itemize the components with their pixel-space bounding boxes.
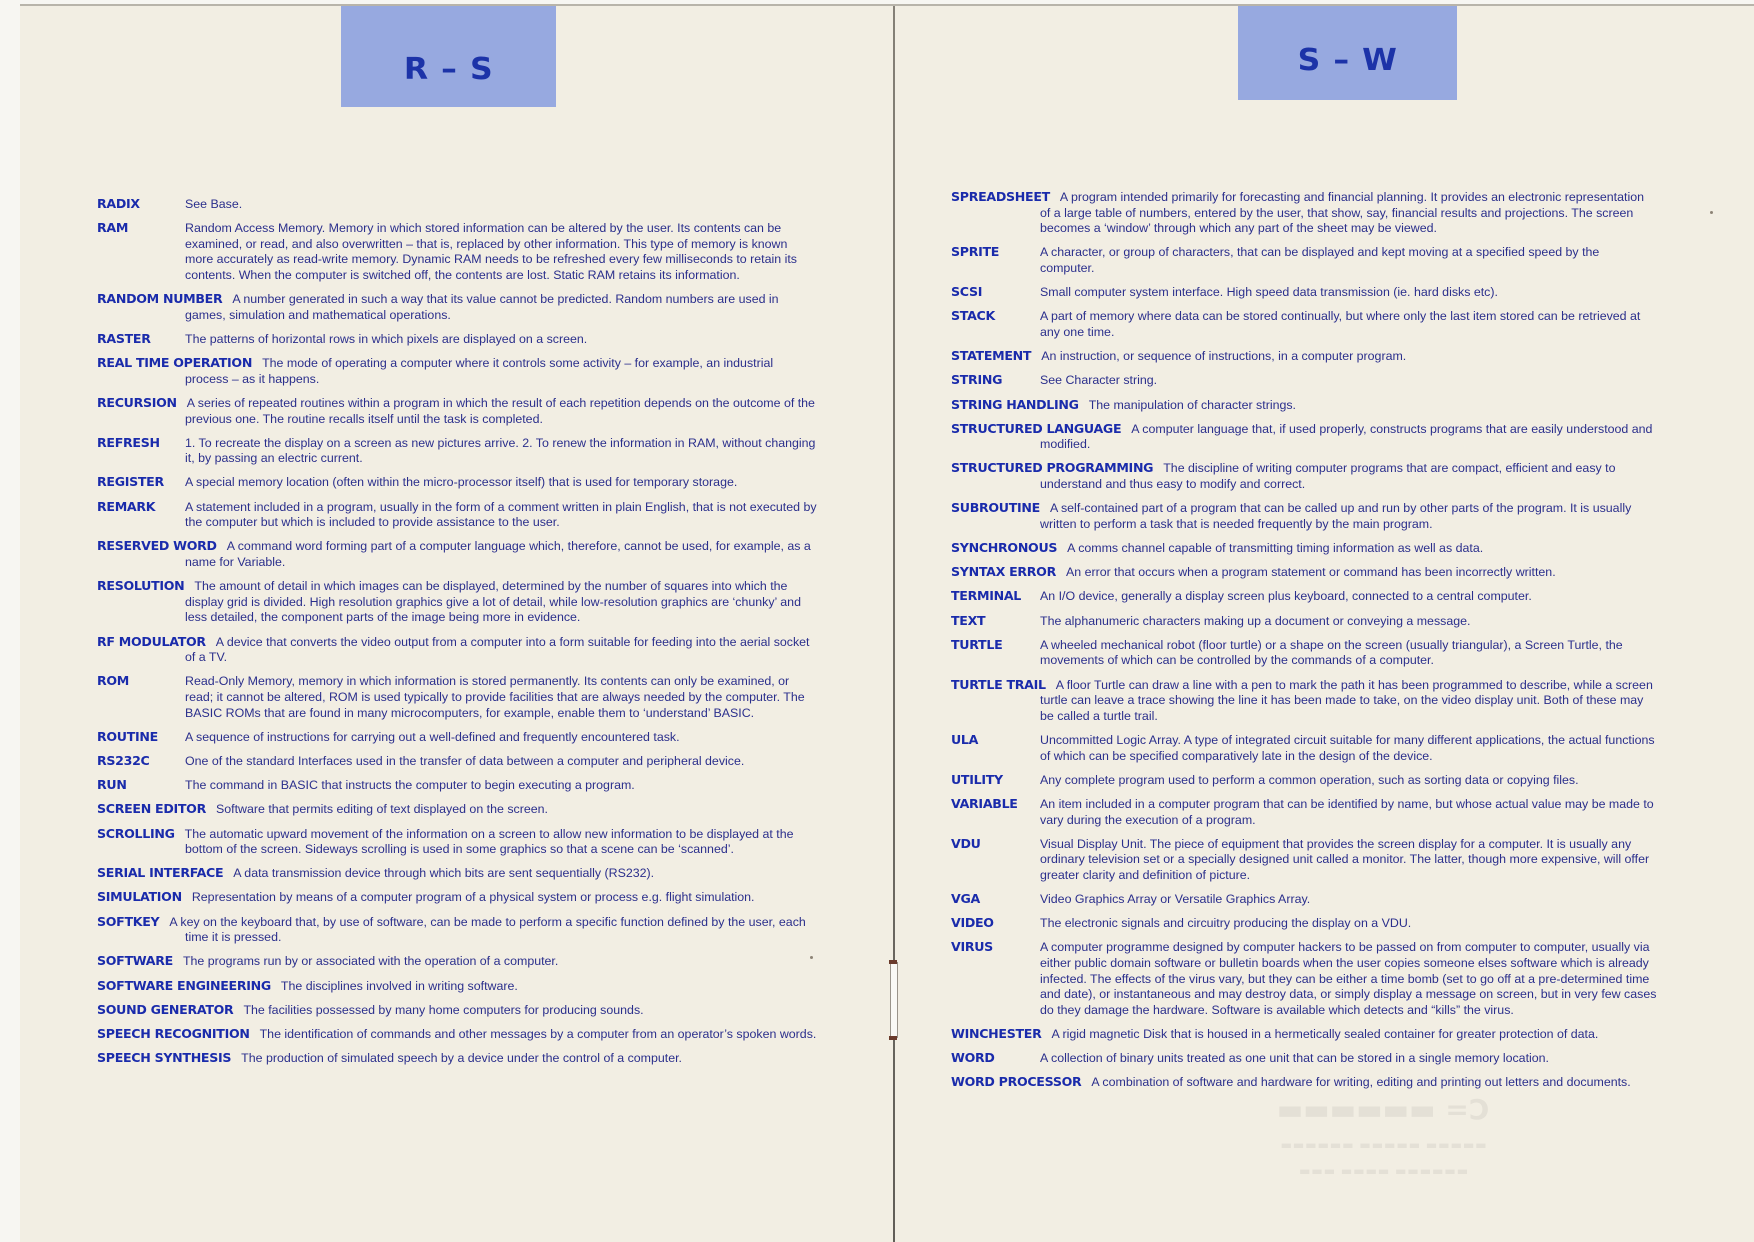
glossary-entry: REGISTERA special memory location (often…: [97, 474, 817, 491]
glossary-term: SYNTAX ERROR: [951, 564, 1056, 580]
glossary-entry: RANDOM NUMBERA number generated in such …: [97, 291, 817, 323]
glossary-entry: ROMRead-Only Memory, memory in which inf…: [97, 673, 817, 721]
glossary-entry: ULAUncommitted Logic Array. A type of in…: [951, 732, 1657, 764]
glossary-definition: The patterns of horizontal rows in which…: [185, 332, 587, 346]
glossary-entry: VIRUSA computer programme designed by co…: [951, 939, 1657, 1018]
glossary-term: WINCHESTER: [951, 1026, 1041, 1042]
glossary-term: ROUTINE: [97, 729, 185, 745]
glossary-term: VARIABLE: [951, 796, 1040, 812]
glossary-term: RANDOM NUMBER: [97, 291, 222, 307]
booklet-spread: R – S RADIXSee Base.RAMRandom Access Mem…: [20, 4, 1754, 1242]
glossary-term: REFRESH: [97, 435, 185, 451]
glossary-term: SCROLLING: [97, 826, 175, 842]
glossary-entry: SERIAL INTERFACEA data transmission devi…: [97, 865, 817, 882]
glossary-definition: An item included in a computer program t…: [1040, 797, 1654, 827]
glossary-definition: Video Graphics Array or Versatile Graphi…: [1040, 892, 1310, 906]
glossary-definition: The mode of operating a computer where i…: [185, 356, 773, 386]
glossary-entry: SOFTWARE ENGINEERINGThe disciplines invo…: [97, 978, 817, 995]
glossary-definition: 1. To recreate the display on a screen a…: [185, 436, 815, 466]
glossary-term: WORD: [951, 1050, 1040, 1066]
glossary-definition: The manipulation of character strings.: [1089, 398, 1296, 412]
glossary-entry: TURTLEA wheeled mechanical robot (floor …: [951, 637, 1657, 669]
glossary-term: RF MODULATOR: [97, 634, 206, 650]
glossary-entry: WORDA collection of binary units treated…: [951, 1050, 1657, 1067]
glossary-entry: RS232COne of the standard Interfaces use…: [97, 753, 817, 770]
glossary-definition: A comms channel capable of transmitting …: [1067, 541, 1483, 555]
glossary-definition: The command in BASIC that instructs the …: [185, 778, 635, 792]
glossary-definition: A series of repeated routines within a p…: [185, 396, 815, 426]
glossary-list-left: RADIXSee Base.RAMRandom Access Memory. M…: [97, 196, 817, 1074]
glossary-term: RAM: [97, 220, 185, 236]
glossary-term: STRING HANDLING: [951, 397, 1079, 413]
glossary-entry: SOFTKEYA key on the keyboard that, by us…: [97, 914, 817, 946]
glossary-definition: A command word forming part of a compute…: [185, 539, 811, 569]
paper-speck: [810, 956, 813, 959]
glossary-entry: RASTERThe patterns of horizontal rows in…: [97, 331, 817, 348]
glossary-entry: SIMULATIONRepresentation by means of a c…: [97, 889, 817, 906]
glossary-definition: An instruction, or sequence of instructi…: [1041, 349, 1406, 363]
glossary-term: SUBROUTINE: [951, 500, 1040, 516]
show-through-back-page: C= ▬▬▬▬▬▬ ▬▬▬▬▬ ▬▬▬▬▬ ▬▬▬▬▬▬ ▬▬▬▬▬▬ ▬▬▬▬…: [1163, 1093, 1603, 1178]
glossary-term: REAL TIME OPERATION: [97, 355, 252, 371]
glossary-entry: TURTLE TRAILA floor Turtle can draw a li…: [951, 677, 1657, 725]
glossary-term: SPEECH RECOGNITION: [97, 1026, 250, 1042]
glossary-term: SIMULATION: [97, 889, 182, 905]
glossary-definition: A device that converts the video output …: [185, 635, 810, 665]
glossary-entry: SPEECH SYNTHESISThe production of simula…: [97, 1050, 817, 1067]
glossary-entry: RAMRandom Access Memory. Memory in which…: [97, 220, 817, 283]
glossary-entry: STACKA part of memory where data can be …: [951, 308, 1657, 340]
glossary-term: STRING: [951, 372, 1040, 388]
glossary-definition: See Base.: [185, 197, 242, 211]
glossary-definition: A number generated in such a way that it…: [185, 292, 779, 322]
glossary-entry: RESOLUTIONThe amount of detail in which …: [97, 578, 817, 626]
section-tab-s-w: S – W: [1238, 6, 1457, 100]
paper-speck: [1710, 211, 1713, 214]
section-tab-r-s: R – S: [341, 6, 556, 107]
glossary-entry: REFRESH1. To recreate the display on a s…: [97, 435, 817, 467]
glossary-entry: SPREADSHEETA program intended primarily …: [951, 189, 1657, 237]
glossary-term: SCSI: [951, 284, 1040, 300]
glossary-entry: RESERVED WORDA command word forming part…: [97, 538, 817, 570]
glossary-term: TEXT: [951, 613, 1040, 629]
glossary-definition: The electronic signals and circuitry pro…: [1040, 916, 1411, 930]
glossary-term: TERMINAL: [951, 588, 1040, 604]
glossary-term: VGA: [951, 891, 1040, 907]
right-page: S – W SPREADSHEETA program intended prim…: [893, 6, 1754, 1242]
glossary-term: SPEECH SYNTHESIS: [97, 1050, 231, 1066]
glossary-definition: A statement included in a program, usual…: [185, 500, 817, 530]
glossary-term: STACK: [951, 308, 1040, 324]
glossary-entry: SYNTAX ERRORAn error that occurs when a …: [951, 564, 1657, 581]
glossary-definition: Random Access Memory. Memory in which st…: [185, 221, 797, 282]
glossary-definition: The production of simulated speech by a …: [241, 1051, 682, 1065]
glossary-definition: A key on the keyboard that, by use of so…: [169, 915, 805, 945]
glossary-definition: A computer language that, if used proper…: [1040, 422, 1652, 452]
glossary-term: VDU: [951, 836, 1040, 852]
glossary-definition: One of the standard Interfaces used in t…: [185, 754, 744, 768]
glossary-definition: Read-Only Memory, memory in which inform…: [185, 674, 805, 719]
glossary-entry: WORD PROCESSORA combination of software …: [951, 1074, 1657, 1091]
glossary-definition: A computer programme designed by compute…: [1040, 940, 1656, 1016]
glossary-term: TURTLE: [951, 637, 1040, 653]
glossary-term: UTILITY: [951, 772, 1040, 788]
glossary-term: SYNCHRONOUS: [951, 540, 1057, 556]
glossary-term: REGISTER: [97, 474, 185, 490]
glossary-definition: A special memory location (often within …: [185, 475, 737, 489]
glossary-entry: RECURSIONA series of repeated routines w…: [97, 395, 817, 427]
glossary-term: WORD PROCESSOR: [951, 1074, 1081, 1090]
section-label: S – W: [1297, 43, 1397, 78]
glossary-definition: An error that occurs when a program stat…: [1066, 565, 1556, 579]
glossary-definition: Any complete program used to perform a c…: [1040, 773, 1579, 787]
glossary-definition: Representation by means of a computer pr…: [192, 890, 755, 904]
glossary-entry: TERMINALAn I/O device, generally a displ…: [951, 588, 1657, 605]
glossary-entry: STRING HANDLINGThe manipulation of chara…: [951, 397, 1657, 414]
glossary-definition: A collection of binary units treated as …: [1040, 1051, 1549, 1065]
glossary-term: RS232C: [97, 753, 185, 769]
glossary-definition: The disciplines involved in writing soft…: [281, 979, 518, 993]
glossary-term: ROM: [97, 673, 185, 689]
glossary-entry: SPEECH RECOGNITIONThe identification of …: [97, 1026, 817, 1043]
glossary-entry: SCSISmall computer system interface. Hig…: [951, 284, 1657, 301]
left-page: R – S RADIXSee Base.RAMRandom Access Mem…: [20, 6, 893, 1242]
glossary-entry: REMARKA statement included in a program,…: [97, 499, 817, 531]
glossary-term: VIRUS: [951, 939, 1040, 955]
glossary-entry: STRUCTURED PROGRAMMINGThe discipline of …: [951, 460, 1657, 492]
glossary-entry: SCREEN EDITORSoftware that permits editi…: [97, 801, 817, 818]
glossary-entry: RADIXSee Base.: [97, 196, 817, 213]
glossary-definition: Software that permits editing of text di…: [216, 802, 548, 816]
glossary-entry: SYNCHRONOUSA comms channel capable of tr…: [951, 540, 1657, 557]
glossary-list-right: SPREADSHEETA program intended primarily …: [951, 189, 1657, 1099]
glossary-term: RESERVED WORD: [97, 538, 217, 554]
glossary-definition: An I/O device, generally a display scree…: [1040, 589, 1532, 603]
glossary-definition: A rigid magnetic Disk that is housed in …: [1051, 1027, 1598, 1041]
glossary-entry: VGAVideo Graphics Array or Versatile Gra…: [951, 891, 1657, 908]
glossary-term: REMARK: [97, 499, 185, 515]
glossary-entry: VIDEOThe electronic signals and circuitr…: [951, 915, 1657, 932]
glossary-definition: The automatic upward movement of the inf…: [185, 827, 794, 857]
glossary-term: RESOLUTION: [97, 578, 184, 594]
glossary-term: ULA: [951, 732, 1040, 748]
glossary-definition: A wheeled mechanical robot (floor turtle…: [1040, 638, 1623, 668]
glossary-entry: VDUVisual Display Unit. The piece of equ…: [951, 836, 1657, 884]
glossary-definition: A combination of software and hardware f…: [1091, 1075, 1630, 1089]
glossary-definition: See Character string.: [1040, 373, 1157, 387]
glossary-term: RUN: [97, 777, 185, 793]
glossary-definition: A floor Turtle can draw a line with a pe…: [1040, 678, 1653, 723]
glossary-term: TURTLE TRAIL: [951, 677, 1046, 693]
glossary-definition: The facilities possessed by many home co…: [243, 1003, 643, 1017]
glossary-entry: SCROLLINGThe automatic upward movement o…: [97, 826, 817, 858]
glossary-entry: TEXTThe alphanumeric characters making u…: [951, 613, 1657, 630]
glossary-term: SCREEN EDITOR: [97, 801, 206, 817]
glossary-entry: RUNThe command in BASIC that instructs t…: [97, 777, 817, 794]
section-label: R – S: [404, 52, 494, 87]
glossary-definition: Visual Display Unit. The piece of equipm…: [1040, 837, 1649, 882]
glossary-entry: UTILITYAny complete program used to perf…: [951, 772, 1657, 789]
glossary-entry: WINCHESTERA rigid magnetic Disk that is …: [951, 1026, 1657, 1043]
glossary-entry: ROUTINEA sequence of instructions for ca…: [97, 729, 817, 746]
glossary-term: SPREADSHEET: [951, 189, 1050, 205]
glossary-term: VIDEO: [951, 915, 1040, 931]
glossary-entry: STATEMENTAn instruction, or sequence of …: [951, 348, 1657, 365]
glossary-entry: SOFTWAREThe programs run by or associate…: [97, 953, 817, 970]
glossary-entry: SPRITEA character, or group of character…: [951, 244, 1657, 276]
glossary-entry: RF MODULATORA device that converts the v…: [97, 634, 817, 666]
glossary-definition: The identification of commands and other…: [260, 1027, 817, 1041]
glossary-term: SOFTWARE: [97, 953, 173, 969]
glossary-definition: The alphanumeric characters making up a …: [1040, 614, 1470, 628]
glossary-term: STRUCTURED PROGRAMMING: [951, 460, 1153, 476]
glossary-definition: The programs run by or associated with t…: [183, 954, 558, 968]
glossary-term: SOFTKEY: [97, 914, 159, 930]
glossary-term: SERIAL INTERFACE: [97, 865, 223, 881]
glossary-entry: SOUND GENERATORThe facilities possessed …: [97, 1002, 817, 1019]
glossary-term: SOUND GENERATOR: [97, 1002, 233, 1018]
glossary-definition: A data transmission device through which…: [233, 866, 654, 880]
glossary-definition: A self-contained part of a program that …: [1040, 501, 1631, 531]
glossary-term: RADIX: [97, 196, 185, 212]
glossary-term: STATEMENT: [951, 348, 1031, 364]
glossary-definition: A character, or group of characters, tha…: [1040, 245, 1599, 275]
glossary-term: RECURSION: [97, 395, 177, 411]
glossary-entry: STRUCTURED LANGUAGEA computer language t…: [951, 421, 1657, 453]
glossary-definition: Small computer system interface. High sp…: [1040, 285, 1498, 299]
glossary-entry: REAL TIME OPERATIONThe mode of operating…: [97, 355, 817, 387]
glossary-term: SOFTWARE ENGINEERING: [97, 978, 271, 994]
glossary-definition: A sequence of instructions for carrying …: [185, 730, 680, 744]
glossary-definition: A part of memory where data can be store…: [1040, 309, 1640, 339]
glossary-entry: STRINGSee Character string.: [951, 372, 1657, 389]
glossary-term: STRUCTURED LANGUAGE: [951, 421, 1121, 437]
glossary-definition: A program intended primarily for forecas…: [1040, 190, 1644, 235]
glossary-definition: The amount of detail in which images can…: [185, 579, 801, 624]
glossary-entry: VARIABLEAn item included in a computer p…: [951, 796, 1657, 828]
glossary-term: SPRITE: [951, 244, 1040, 260]
glossary-definition: Uncommitted Logic Array. A type of integ…: [1040, 733, 1655, 763]
glossary-term: RASTER: [97, 331, 185, 347]
glossary-entry: SUBROUTINEA self-contained part of a pro…: [951, 500, 1657, 532]
